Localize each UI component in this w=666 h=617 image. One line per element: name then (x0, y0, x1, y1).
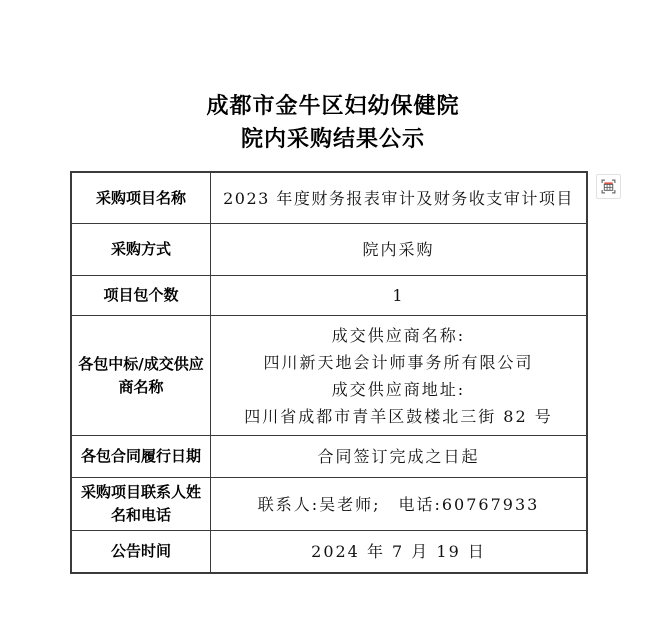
row-label: 采购项目联系人姓名和电话 (72, 478, 211, 530)
row-value: 联系人:吴老师; 电话:60767933 (211, 478, 586, 530)
row-label: 各包中标/成交供应商名称 (72, 316, 211, 435)
value-line: 合同签订完成之日起 (317, 443, 479, 470)
table-row-package-count: 项目包个数 1 (72, 275, 586, 315)
table-row-contract-performance-date: 各包合同履行日期 合同签订完成之日起 (72, 435, 586, 477)
value-line: 四川新天地会计师事务所有限公司 (263, 349, 533, 376)
value-line: 院内采购 (362, 236, 434, 263)
table-row-winning-supplier: 各包中标/成交供应商名称 成交供应商名称: 四川新天地会计师事务所有限公司 成交… (72, 315, 586, 435)
row-label: 采购项目名称 (72, 173, 211, 223)
row-value: 2023 年度财务报表审计及财务收支审计项目 (211, 173, 586, 223)
row-label: 公告时间 (72, 531, 211, 572)
table-row-procurement-method: 采购方式 院内采购 (72, 223, 586, 275)
row-label: 采购方式 (72, 224, 211, 275)
value-line: 联系人:吴老师; 电话:60767933 (258, 491, 540, 518)
value-line: 2024 年 7 月 19 日 (311, 538, 486, 565)
page-title-line1: 成都市金牛区妇幼保健院 (18, 90, 648, 123)
row-value: 成交供应商名称: 四川新天地会计师事务所有限公司 成交供应商地址: 四川省成都市… (211, 316, 586, 435)
table-row-announcement-date: 公告时间 2024 年 7 月 19 日 (72, 530, 586, 572)
row-label: 项目包个数 (72, 276, 211, 315)
value-line: 成交供应商名称: (332, 322, 465, 349)
page-title-line2: 院内采购结果公示 (18, 123, 648, 156)
value-line: 2023 年度财务报表审计及财务收支审计项目 (223, 185, 574, 212)
page-title: 成都市金牛区妇幼保健院 院内采购结果公示 (18, 90, 648, 156)
row-value: 合同签订完成之日起 (211, 436, 586, 477)
table-capture-button[interactable] (596, 174, 621, 199)
row-value: 院内采购 (211, 224, 586, 275)
table-row-contact-person: 采购项目联系人姓名和电话 联系人:吴老师; 电话:60767933 (72, 477, 586, 530)
value-line: 成交供应商地址: (332, 376, 465, 403)
row-value: 2024 年 7 月 19 日 (211, 531, 586, 572)
table-capture-icon (600, 178, 617, 195)
table-row-project-name: 采购项目名称 2023 年度财务报表审计及财务收支审计项目 (72, 173, 586, 223)
row-label: 各包合同履行日期 (72, 436, 211, 477)
row-value: 1 (211, 276, 586, 315)
value-line: 四川省成都市青羊区鼓楼北三街 82 号 (244, 403, 553, 430)
procurement-result-table: 采购项目名称 2023 年度财务报表审计及财务收支审计项目 采购方式 院内采购 … (70, 171, 588, 574)
value-line: 1 (392, 282, 404, 309)
